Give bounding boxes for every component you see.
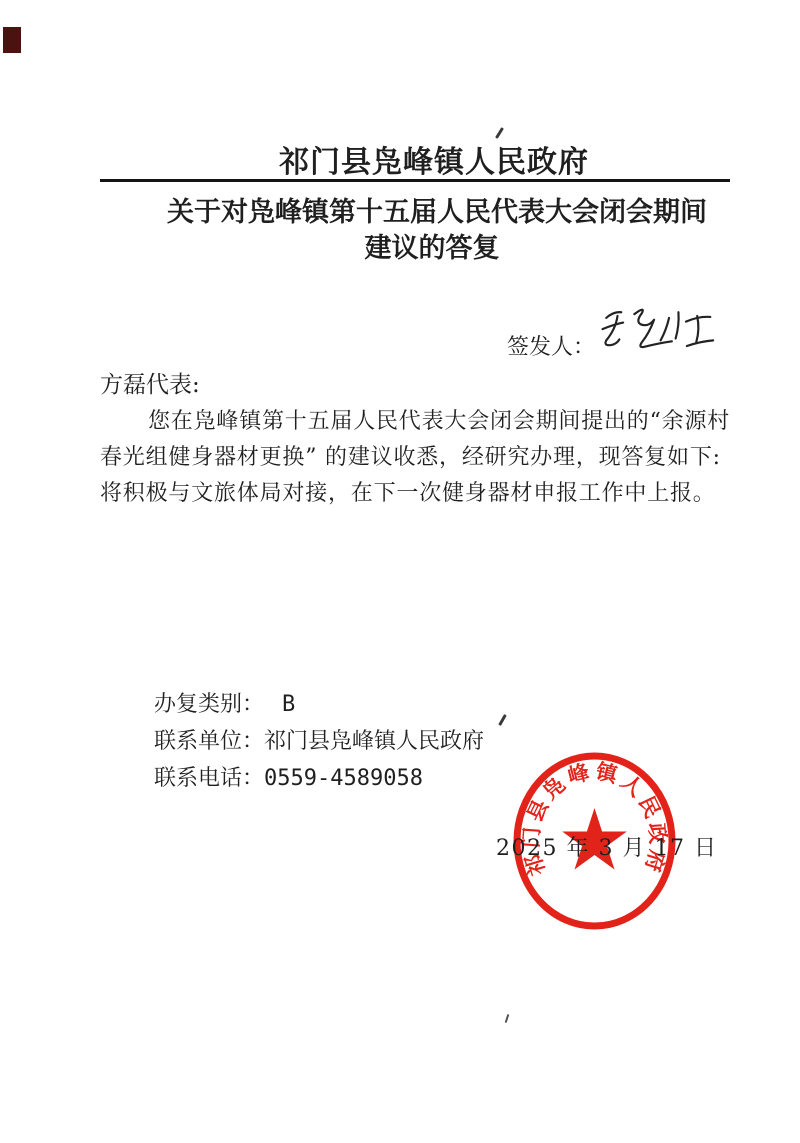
scan-artifact-mark	[3, 27, 21, 53]
contact-unit-label: 联系单位：	[154, 729, 264, 754]
issuer-title: 祁门县凫峰镇人民政府	[134, 137, 734, 181]
contact-phone-row: 联系电话：0559-4589058	[154, 761, 423, 792]
contact-phone-label: 联系电话：	[154, 766, 264, 791]
subject-line-1: 关于对凫峰镇第十五届人民代表大会闭会期间	[137, 190, 737, 229]
contact-phone-value: 0559-4589058	[264, 766, 423, 791]
contact-unit-row: 联系单位：祁门县凫峰镇人民政府	[154, 724, 484, 755]
document-date: 2025 年 3 月 17 日	[496, 831, 717, 862]
body-line-2: 春光组健身器材更换” 的建议收悉，经研究办理，现答复如下:	[100, 440, 740, 471]
reply-category-value: B	[282, 692, 295, 717]
reply-category-row: 办复类别：B	[154, 687, 295, 718]
reply-category-label: 办复类别：	[154, 692, 264, 717]
scanned-document-page: 祁门县凫峰镇人民政府 关于对凫峰镇第十五届人民代表大会闭会期间 建议的答复 签发…	[0, 0, 800, 1143]
handwritten-signature	[580, 292, 730, 370]
body-line-3: 将积极与文旅体局对接，在下一次健身器材申报工作中上报。	[100, 476, 740, 507]
pen-tick-mark-middle	[498, 714, 507, 726]
subject-line-2: 建议的答复	[132, 226, 732, 265]
title-divider-line	[100, 179, 730, 182]
body-line-1: 您在凫峰镇第十五届人民代表大会闭会期间提出的“余源村	[100, 404, 788, 435]
contact-unit-value: 祁门县凫峰镇人民政府	[264, 729, 484, 754]
pen-tick-mark-bottom	[505, 1014, 510, 1023]
salutation: 方磊代表:	[100, 366, 200, 399]
